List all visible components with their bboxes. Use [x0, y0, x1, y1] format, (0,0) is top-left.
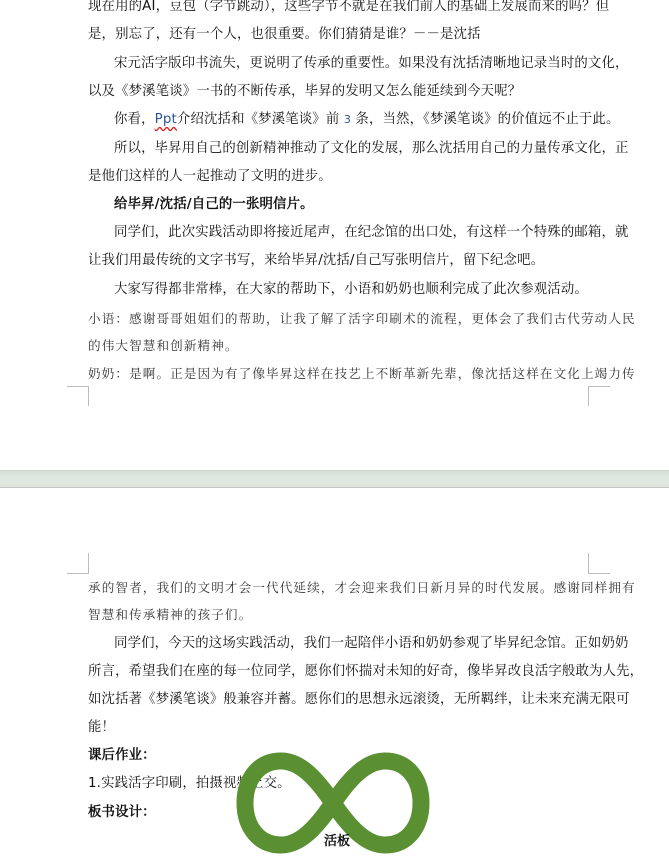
paragraph-line: 宋元活字版印书流失，更说明了传承的重要性。如果没有沈括清晰地记录当时的文化，: [114, 54, 616, 74]
paragraph-line: 大家写得都非常棒，在大家的帮助下，小语和奶奶也顺利完成了此次参观活动。: [114, 280, 616, 300]
page-break-gap: [0, 470, 669, 488]
dialogue-grandma-cont: 智慧和传承精神的孩子们。: [88, 605, 590, 625]
paragraph-line: 让我们用最传统的文字书写，来给毕昇/沈括/自己写张明信片，留下纪念吧。: [88, 251, 590, 271]
paragraph-line: 同学们，今天的这场实践活动，我们一起陪伴小语和奶奶参观了毕昇纪念馆。正如奶奶: [114, 634, 616, 654]
paragraph-line: 你看，Ppt介绍沈括和《梦溪笔谈》前 3 条，当然，《梦溪笔谈》的价值远不止于此…: [114, 110, 616, 130]
dialogue-xiaoyu-cont: 的伟大智慧和创新精神。: [88, 336, 590, 356]
text-span: 你看，: [114, 112, 155, 127]
paragraph-line: 现在用的AI，豆包（字节跳动），这些字节不就是在我们前人的基础上发展而来的吗？但: [88, 0, 590, 17]
dialogue-xiaoyu: 小语：感谢哥哥姐姐们的帮助，让我了解了活字印刷术的流程，更体会了我们古代劳动人民: [88, 309, 590, 329]
dialogue-grandma: 奶奶：是啊。正是因为有了像毕昇这样在技艺上不断革新先辈，像沈括这样在文化上竭力传: [88, 364, 590, 384]
text-span: 介绍沈括和《梦溪笔谈》前: [177, 112, 340, 127]
margin-corner-mark: [67, 553, 89, 574]
number-3: 3: [344, 113, 351, 126]
section-heading-postcard: 给毕昇/沈括/自己的一张明信片。: [114, 195, 616, 215]
margin-corner-mark: [67, 386, 89, 406]
margin-corner-mark: [588, 553, 610, 574]
margin-corner-mark: [588, 386, 610, 406]
text-span: 条，当然，《梦溪笔谈》的价值远不止于此。: [355, 112, 619, 127]
paragraph-line: 能！: [88, 718, 590, 738]
paragraph-line: 是他们这样的人一起推动了文明的进步。: [88, 167, 590, 187]
paragraph-line: 如沈括著《梦溪笔谈》般兼容并蓄。愿你们的思想永远滚烫，无所羁绊，让未来充满无限可: [88, 690, 590, 710]
paragraph-line: 是，别忘了，还有一个人，也很重要。你们猜猜是谁？－－是沈括: [88, 25, 590, 45]
paragraph-line: 以及《梦溪笔谈》一书的不断传承，毕昇的发明又怎么能延续到今天呢？: [88, 82, 590, 102]
board-design-label: 活板: [324, 830, 350, 849]
paragraph-line: 所言，希望我们在座的每一位同学，愿你们怀揣对未知的好奇，像毕昇改良活字般敢为人先…: [88, 662, 590, 682]
paragraph-line: 同学们，此次实践活动即将接近尾声，在纪念馆的出口处，有这样一个特殊的邮箱，就: [114, 223, 616, 243]
paragraph-line: 所以，毕昇用自己的创新精神推动了文化的发展，那么沈括用自己的力量传承文化，正: [114, 139, 616, 159]
page-1: 现在用的AI，豆包（字节跳动），这些字节不就是在我们前人的基础上发展而来的吗？但…: [0, 0, 669, 470]
dialogue-grandma-cont: 承的智者，我们的文明才会一代代延续，才会迎来我们日新月异的时代发展。感谢同样拥有: [88, 578, 590, 598]
ppt-misspelled-word[interactable]: Ppt: [155, 112, 177, 127]
document-viewport[interactable]: 现在用的AI，豆包（字节跳动），这些字节不就是在我们前人的基础上发展而来的吗？但…: [0, 0, 669, 857]
